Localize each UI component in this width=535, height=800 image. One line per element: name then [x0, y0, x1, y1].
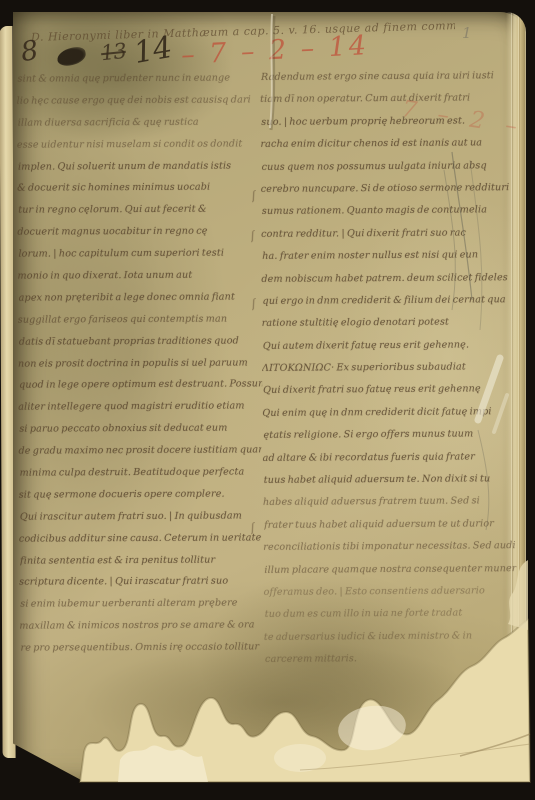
text-line: carcerem mittaris.	[265, 647, 517, 671]
text-line: datis dī statuebant proprias traditiones…	[19, 330, 262, 353]
text-line: reconciliationis tibi imponatur necessit…	[263, 535, 515, 559]
text-line: & docuerit sic homines minimus uocabi	[17, 177, 260, 200]
text-line: si paruo peccato obnoxius sit deducat eu…	[19, 418, 262, 441]
text-line: ratione stultitię elogio denotari potest	[262, 311, 514, 335]
text-line: Qui irascitur autem fratri suo. | In qui…	[20, 505, 263, 528]
text-line: lorum. | hoc capitulum cum superiori tes…	[18, 242, 261, 265]
ink-blot	[56, 45, 88, 68]
text-line: sumus rationem. Quanto magis de contumel…	[262, 199, 514, 223]
text-line: monio in quo dixerat. Iota unum aut	[17, 264, 260, 287]
text-line: tuo dum es cum illo in uia ne forte trad…	[265, 602, 517, 626]
left-text-column: sint & omnia quę prudenter nunc in euang…	[16, 67, 262, 659]
text-line: cerebro nuncupare. Si de otioso sermone …	[261, 177, 513, 201]
shelfmark-crossed-out: 13	[100, 39, 127, 65]
text-line: offeramus deo. | Esto consentiens aduers…	[263, 580, 515, 604]
text-line: tiam dī non operatur. Cum aut dixerit fr…	[260, 88, 512, 112]
text-line: minima culpa destruit. Beatitudoque perf…	[20, 461, 263, 484]
text-line: Radendum est ergo sine causa quia ira ui…	[261, 65, 513, 89]
text-line: suggillat ergo fariseos qui contemptis m…	[18, 308, 261, 331]
text-line: re pro persequentibus. Omnis irę occasio…	[20, 637, 263, 660]
text-line: qui ergo in dnm crediderit & filium dei …	[262, 289, 514, 313]
text-line: codicibus additur sine causa. Ceterum in…	[19, 527, 262, 550]
text-line: Qui enim quę in dnm crediderit dicit fat…	[262, 401, 514, 425]
text-line: sint & omnia quę prudenter nunc in euang…	[17, 67, 260, 90]
text-line: esse uidentur nisi muselam si condit os …	[17, 133, 260, 156]
text-line: ʃ	[251, 230, 255, 244]
text-line: si enim iubemur uerberanti alteram prębe…	[20, 593, 263, 616]
folio-number: 1	[462, 24, 472, 42]
text-line: habes aliquid aduersus fratrem tuum. Sed…	[263, 491, 515, 515]
manuscript-photo: D. Hieronymi liber in Matthæum a cap. 5.…	[0, 0, 535, 800]
text-line: illam diuersa sacrificia & quę rustica	[18, 111, 261, 134]
text-line: cuus quem nos possumus uulgata iniuria a…	[262, 155, 514, 179]
text-line: aliter intellegere quod magistri eruditi…	[18, 396, 261, 419]
text-line: ʃ	[252, 190, 256, 204]
shelfmark-ink-14: 14	[131, 30, 175, 71]
text-line: tuus habet aliquid aduersum te. Non dixi…	[264, 468, 516, 492]
text-line: sit quę sermone docueris opere complere.	[19, 483, 262, 506]
right-text-column: Radendum est ergo sine causa quia ira ui…	[260, 65, 516, 671]
text-line: racha enim dicitur chenos id est inanis …	[260, 132, 512, 156]
text-line: frater tuus habet aliquid aduersum te ut…	[264, 513, 516, 537]
text-line: quod in lege opere optimum est destruant…	[19, 374, 262, 397]
text-line: finita sententia est & ira penitus tolli…	[20, 549, 263, 572]
text-line: contra redditur. | Qui dixerit fratri su…	[261, 222, 513, 246]
text-line: scriptura dicente. | Qui irascatur fratr…	[19, 571, 262, 594]
text-line: implen. Qui soluerit unum de mandatis is…	[18, 155, 261, 178]
text-line: dem nobiscum habet patrem. deum scilicet…	[261, 267, 513, 291]
text-line: ha. frater enim noster nullus est nisi q…	[262, 244, 514, 268]
text-line: ętatis religione. Si ergo offers munus t…	[263, 423, 515, 447]
text-line: docuerit magnus uocabitur in regno cę	[17, 221, 260, 244]
text-line: ad altare & ibi recordatus fueris quia f…	[263, 446, 515, 470]
text-line: ΛΙΤΟΚΩΝΙΩC· Ex superioribus subaudiat	[262, 356, 514, 380]
text-line: ʃ	[252, 298, 256, 312]
text-line: tur in regno cęlorum. Qui aut fecerit &	[18, 199, 261, 222]
text-line: illum placare quamque nostra consequente…	[264, 558, 516, 582]
text-line: de gradu maximo nec prosit docere iustit…	[18, 440, 261, 463]
text-line: lio hęc cause ergo quę dei nobis est cau…	[17, 89, 260, 112]
text-line: maxillam & inimicos nostros pro se amare…	[19, 615, 262, 638]
manuscript-page: D. Hieronymi liber in Matthæum a cap. 5.…	[13, 12, 526, 782]
text-line: Qui dixerit fratri suo fatuę reus erit g…	[263, 379, 515, 403]
text-line: ʃ	[251, 522, 255, 536]
text-line: Qui autem dixerit fatuę reus erit gehenn…	[263, 334, 515, 358]
text-line: non eis prosit doctrina in populis si ue…	[18, 352, 261, 375]
text-line: suo. | hoc uerbum proprię hebreorum est.	[261, 110, 513, 134]
text-line: apex non pręteribit a lege donec omnia f…	[19, 286, 262, 309]
text-line: te aduersarius iudici & iudex ministro &…	[264, 625, 516, 649]
